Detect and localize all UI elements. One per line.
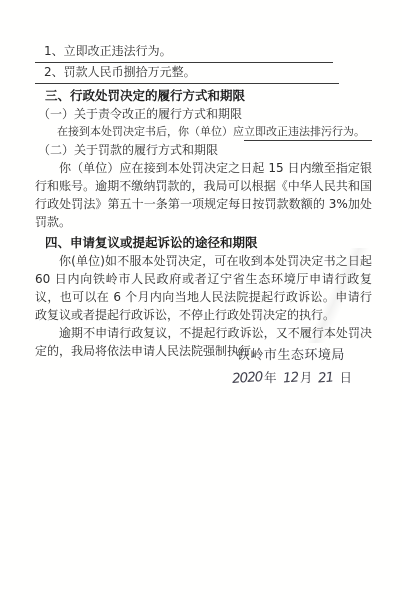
signature-block: 铁岭市生态环境局 2020年 12月 21 日 (230, 344, 352, 386)
year-label: 年 (264, 370, 277, 385)
section-3-sub1-body-line: 在接到本处罚决定书后，你（单位）应立即改正违法排污行为。 (35, 123, 372, 141)
section-4-heading: 四、申请复议或提起诉讼的途径和期限 (35, 234, 372, 252)
month-label: 月 (300, 370, 313, 385)
handwritten-year: 2020 (229, 369, 264, 387)
section-4-paragraph-1: 你(单位)如不服本处罚决定，可在收到本处罚决定书之日起 60 日内向铁岭市人民政… (35, 252, 372, 324)
penalty-item-1: 1、立即改正违法行为。 (35, 42, 333, 63)
penalty-item-2: 2、罚款人民币捌拾万元整。 (35, 63, 339, 84)
document-body: 1、立即改正违法行为。 2、罚款人民币捌拾万元整。 三、行政处罚决定的履行方式和… (35, 42, 372, 360)
sub1-body-filled-underline: 立即改正违法排污行为。 (244, 123, 372, 141)
day-label: 日 (339, 370, 352, 385)
penalty-item-1-text: 1、立即改正违法行为。 (44, 44, 172, 58)
section-3-heading: 三、行政处罚决定的履行方式和期限 (35, 87, 372, 105)
section-3-sub2-paragraph: 你（单位）应在接到本处罚决定之日起 15 日内缴至指定银行和账号。逾期不缴纳罚款… (35, 159, 372, 231)
handwritten-day: 21 (316, 369, 336, 386)
issuing-agency-name: 铁岭市生态环境局 (230, 344, 352, 363)
handwritten-month: 12 (280, 369, 300, 386)
section-3-sub1-heading: （一）关于责令改正的履行方式和期限 (35, 105, 372, 123)
scanned-penalty-decision-page: 1、立即改正违法行为。 2、罚款人民币捌拾万元整。 三、行政处罚决定的履行方式和… (0, 0, 402, 600)
sub1-body-prefix: 在接到本处罚决定书后，你（单位）应 (35, 123, 244, 141)
decision-date: 2020年 12月 21 日 (230, 368, 352, 386)
section-3-sub2-heading: （二）关于罚款的履行方式和期限 (35, 141, 372, 159)
penalty-item-2-text: 2、罚款人民币捌拾万元整。 (44, 65, 196, 79)
